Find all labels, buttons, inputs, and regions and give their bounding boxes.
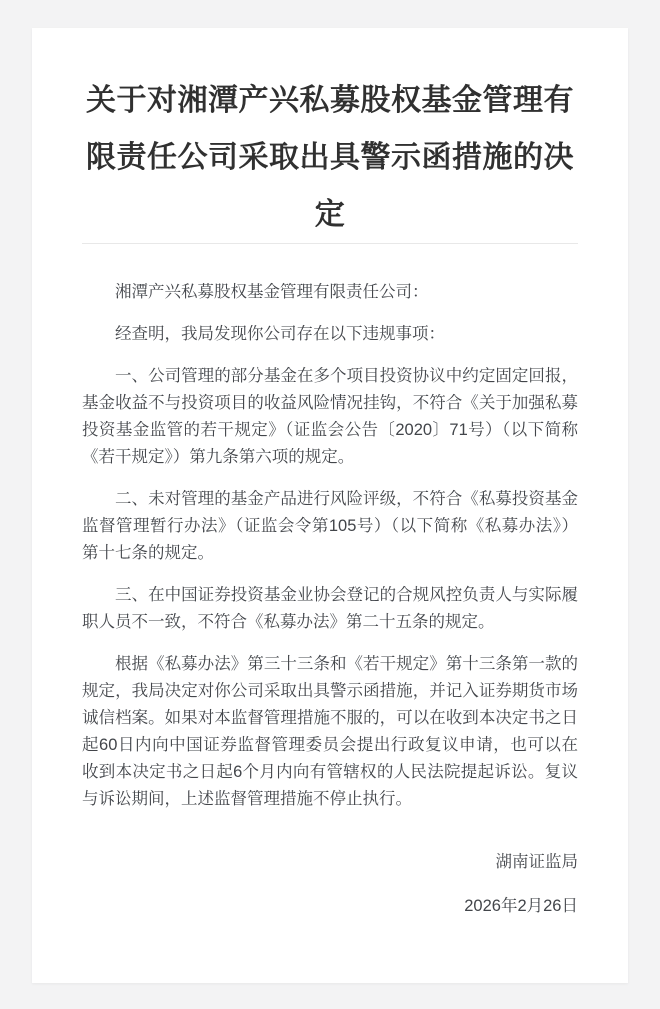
- document-body: 湘潭产兴私募股权基金管理有限责任公司： 经查明，我局发现你公司存在以下违规事项：…: [82, 244, 578, 920]
- page-background: 关于对湘潭产兴私募股权基金管理有限责任公司采取出具警示函措施的决定 湘潭产兴私募…: [0, 0, 660, 1009]
- document-title: 关于对湘潭产兴私募股权基金管理有限责任公司采取出具警示函措施的决定: [82, 72, 578, 243]
- salutation: 湘潭产兴私募股权基金管理有限责任公司：: [82, 279, 578, 306]
- document-card: 关于对湘潭产兴私募股权基金管理有限责任公司采取出具警示函措施的决定 湘潭产兴私募…: [32, 28, 628, 983]
- violation-item-1: 一、公司管理的部分基金在多个项目投资协议中约定固定回报，基金收益不与投资项目的收…: [82, 363, 578, 471]
- issuer-signature: 湖南证监局: [82, 849, 578, 876]
- violation-item-2: 二、未对管理的基金产品进行风险评级，不符合《私募投资基金监督管理暂行办法》（证监…: [82, 486, 578, 567]
- intro-line: 经查明，我局发现你公司存在以下违规事项：: [82, 321, 578, 348]
- violation-item-3: 三、在中国证券投资基金业协会登记的合规风控负责人与实际履职人员不一致，不符合《私…: [82, 582, 578, 636]
- decision-paragraph: 根据《私募办法》第三十三条和《若干规定》第十三条第一款的规定，我局决定对你公司采…: [82, 651, 578, 813]
- issue-date: 2026年2月26日: [82, 893, 578, 920]
